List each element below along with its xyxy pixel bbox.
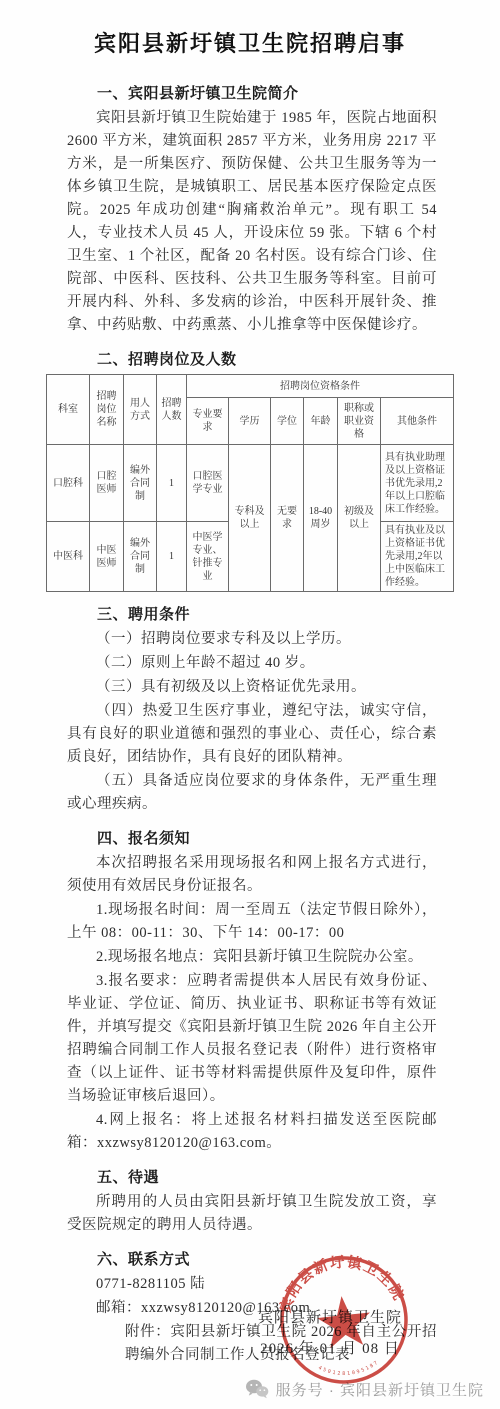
condition-item: （四）热爱卫生医疗事业，遵纪守法，诚实守信，具有良好的职业道德和强烈的事业心、责…	[67, 700, 437, 769]
cell-dept: 口腔科	[47, 445, 90, 522]
table-row: 口腔科 口腔医师 编外合同制 1 口腔医学专业 专科及以上 无要求 18-40 …	[47, 445, 454, 522]
cell-academic-degree-merged: 无要求	[271, 445, 304, 592]
document-page: 宾阳县新圩镇卫生院招聘启事 一、宾阳县新圩镇卫生院简介 宾阳县新圩镇卫生院始建于…	[0, 0, 500, 1409]
cell-post: 口腔医师	[90, 445, 124, 522]
cell-major: 中医学专业、针推专业	[187, 522, 229, 592]
col-header-dept: 科室	[47, 375, 90, 445]
section1-paragraph: 宾阳县新圩镇卫生院始建于 1985 年，医院占地面积 2600 平方米，建筑面积…	[67, 107, 437, 337]
section5-heading: 五、待遇	[67, 1166, 437, 1187]
section3-heading: 三、聘用条件	[67, 603, 437, 624]
salary-paragraph: 所聘用的人员由宾阳县新圩镇卫生院发放工资，享受医院规定的聘用人员待遇。	[67, 1191, 437, 1237]
condition-item: （一）招聘岗位要求专科及以上学历。	[67, 628, 437, 651]
registration-item: 4.网上报名：将上述报名材料扫描发送至医院邮箱：xxzwsy8120120@16…	[67, 1109, 437, 1155]
registration-item: 2.现场报名地点：宾阳县新圩镇卫生院院办公室。	[67, 946, 437, 969]
col-header-post: 招聘岗位名称	[90, 375, 124, 445]
col-header-other: 其他条件	[381, 398, 454, 445]
registration-item: 3.报名要求：应聘者需提供本人居民有效身份证、毕业证、学位证、简历、执业证书、职…	[67, 970, 437, 1108]
star-icon	[315, 1293, 373, 1349]
section4-heading: 四、报名须知	[67, 827, 437, 848]
cell-dept: 中医科	[47, 522, 90, 592]
recruitment-table: 科室 招聘岗位名称 用人方式 招聘人数 招聘岗位资格条件 专业要求 学历 学位 …	[46, 374, 454, 592]
cell-post: 中医医师	[90, 522, 124, 592]
condition-item: （二）原则上年龄不超过 40 岁。	[67, 652, 437, 675]
col-header-major: 专业要求	[187, 398, 229, 445]
cell-age-merged: 18-40 周岁	[304, 445, 338, 592]
condition-item: （五）具备适应岗位要求的身体条件，无严重生理或心理疾病。	[67, 770, 437, 816]
registration-item: 1.现场报名时间：周一至周五（法定节假日除外），上午 08：00-11：30、下…	[67, 899, 437, 945]
cell-title-merged: 初级及以上	[338, 445, 381, 592]
cell-count: 1	[157, 522, 187, 592]
section1-heading: 一、宾阳县新圩镇卫生院简介	[67, 82, 437, 103]
cell-count: 1	[157, 445, 187, 522]
cell-method: 编外合同制	[124, 522, 157, 592]
page-title: 宾阳县新圩镇卫生院招聘启事	[40, 27, 460, 58]
condition-item: （三）具有初级及以上资格证优先录用。	[67, 676, 437, 699]
cell-method: 编外合同制	[124, 445, 157, 522]
document-body: 一、宾阳县新圩镇卫生院简介 宾阳县新圩镇卫生院始建于 1985 年，医院占地面积…	[67, 82, 437, 1367]
cell-other: 具有执业助理及以上资格证书优先录用,2年以上口腔临床工作经验。	[381, 445, 454, 522]
col-header-qualifications-group: 招聘岗位资格条件	[187, 375, 454, 398]
col-header-age: 年龄	[304, 398, 338, 445]
col-header-degree: 学历	[229, 398, 271, 445]
cell-degree-merged: 专科及以上	[229, 445, 271, 592]
cell-other: 具有执业及以上资格证书优先录用,2年以上中医临床工作经验。	[381, 522, 454, 592]
cell-major: 口腔医学专业	[187, 445, 229, 522]
col-header-title: 职称或职业资格	[338, 398, 381, 445]
registration-intro: 本次招聘报名采用现场报名和网上报名方式进行，须使用有效居民身份证报名。	[67, 852, 437, 898]
col-header-count: 招聘人数	[157, 375, 187, 445]
col-header-method: 用人方式	[124, 375, 157, 445]
official-seal-stamp: 宾阳县新圩镇卫生院 4501281095187	[267, 1243, 421, 1397]
wechat-icon	[245, 1379, 269, 1399]
col-header-academic-degree: 学位	[271, 398, 304, 445]
section2-heading: 二、招聘岗位及人数	[67, 348, 437, 369]
